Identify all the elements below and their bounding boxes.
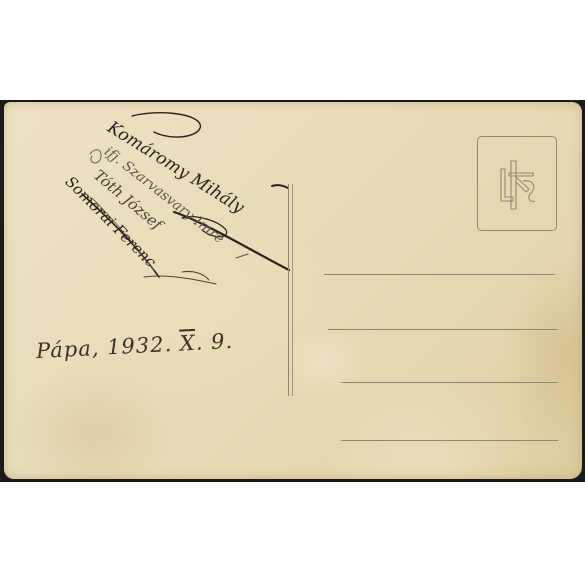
day-text: . 9. bbox=[195, 329, 234, 355]
month-text: X bbox=[179, 331, 196, 356]
address-line-1 bbox=[324, 274, 555, 275]
place-date-inscription: Pápa, 1932. X. 9. bbox=[36, 329, 234, 363]
address-line-2 bbox=[328, 329, 558, 330]
year-text: 1932. bbox=[106, 332, 172, 359]
monogram-logo-icon bbox=[497, 157, 539, 211]
address-line-3 bbox=[341, 382, 558, 383]
postcard-back: Komáromy Mihály ifj. Szarvasvary Imre Tó… bbox=[4, 102, 582, 479]
stamp-box bbox=[477, 136, 557, 231]
address-line-4 bbox=[341, 440, 558, 441]
place-text: Pápa, bbox=[36, 336, 101, 363]
message-address-divider bbox=[288, 184, 293, 396]
